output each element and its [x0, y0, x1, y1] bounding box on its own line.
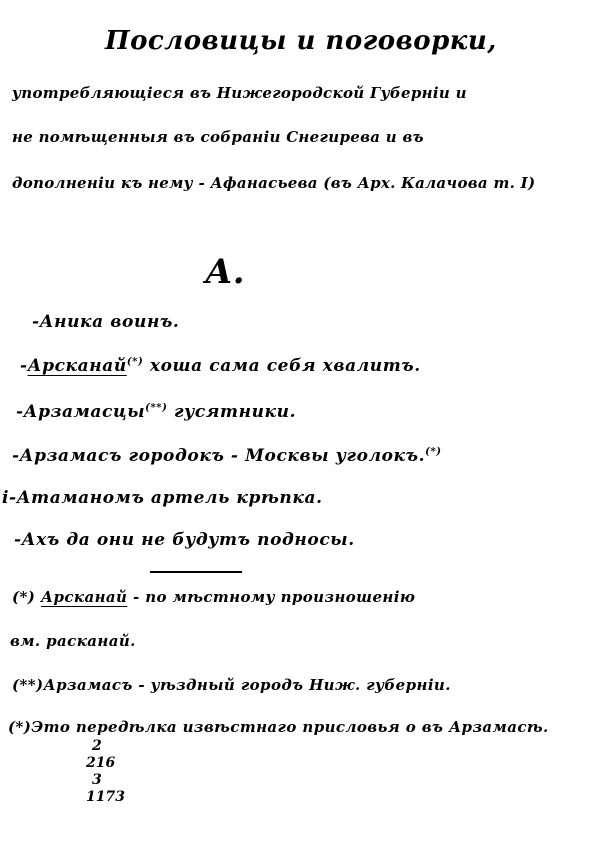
entry-text: Атаманомъ артель крѣпка.	[17, 488, 323, 508]
proverb-entry: -Арсканай(*) хоша сама себя хвалитъ.	[20, 356, 421, 376]
entry-text: Ахъ да они не будутъ подносы.	[22, 530, 355, 550]
entry-dash: -	[32, 312, 40, 332]
footnote-marker: (**)	[12, 676, 43, 694]
proverb-entry: і-Атаманомъ артель крѣпка.	[2, 488, 323, 508]
subtitle-line-1: употребляющіеся въ Нижегородской Губерні…	[12, 84, 467, 102]
archive-number: 3	[86, 772, 125, 789]
entry-dash: -	[16, 402, 24, 422]
entry-text: Арзамасцы	[24, 402, 145, 422]
page-title: Пословицы и поговорки,	[105, 26, 497, 56]
footnote: (*)Это передѣлка извѣстнаго присловья о …	[8, 718, 549, 736]
footnote-text: Арзамасъ - уѣздный городъ Ниж. губерніи.	[43, 676, 450, 694]
entry-dash: -	[14, 530, 22, 550]
subtitle-line-3: дополненіи къ нему - Афанасьева (въ Арх.…	[12, 174, 535, 192]
section-letter: А.	[205, 252, 245, 292]
entry-text: хоша сама себя хвалитъ.	[143, 356, 420, 376]
footnote-marker: (**)	[145, 402, 167, 413]
proverb-entry: -Арзамасъ городокъ - Москвы уголокъ.(*)	[12, 446, 442, 466]
footnote: (*) Арсканай - по мѣстному произношенію	[12, 588, 415, 606]
proverb-entry: -Арзамасцы(**) гусятники.	[16, 402, 296, 422]
entry-text: Аника воинъ.	[40, 312, 180, 332]
entry-text-after: гусятники.	[167, 402, 296, 422]
entry-dash: -	[12, 446, 20, 466]
archive-number: 216	[86, 755, 125, 772]
manuscript-page: Пословицы и поговорки, употребляющіеся в…	[0, 0, 589, 843]
entry-dash: і-	[2, 488, 17, 508]
footnote-underlined-word: Арсканай	[41, 588, 127, 606]
footnote-text: Это передѣлка извѣстнаго присловья о въ …	[31, 718, 548, 736]
footnote-marker: (*)	[8, 718, 31, 736]
proverb-entry: -Аника воинъ.	[32, 312, 179, 332]
separator-rule	[150, 571, 242, 573]
archive-number: 1173	[86, 789, 125, 806]
subtitle-line-2: не помѣщенныя въ собраніи Снегирева и въ	[12, 128, 424, 146]
archive-numbers: 2 216 3 1173	[86, 738, 125, 806]
entry-text: Арзамасъ городокъ - Москвы уголокъ.	[20, 446, 425, 466]
footnote-marker: (*)	[12, 588, 35, 606]
footnote-text: - по мѣстному произношенію	[127, 588, 415, 606]
entry-underlined-word: Арсканай	[28, 356, 127, 376]
footnote: (**)Арзамасъ - уѣздный городъ Ниж. губер…	[12, 676, 451, 694]
footnote-continuation: вм. расканай.	[10, 632, 136, 650]
footnote-marker: (*)	[425, 446, 442, 457]
proverb-entry: -Ахъ да они не будутъ подносы.	[14, 530, 355, 550]
archive-number: 2	[86, 738, 125, 755]
footnote-marker: (*)	[127, 356, 144, 367]
entry-dash: -	[20, 356, 28, 376]
